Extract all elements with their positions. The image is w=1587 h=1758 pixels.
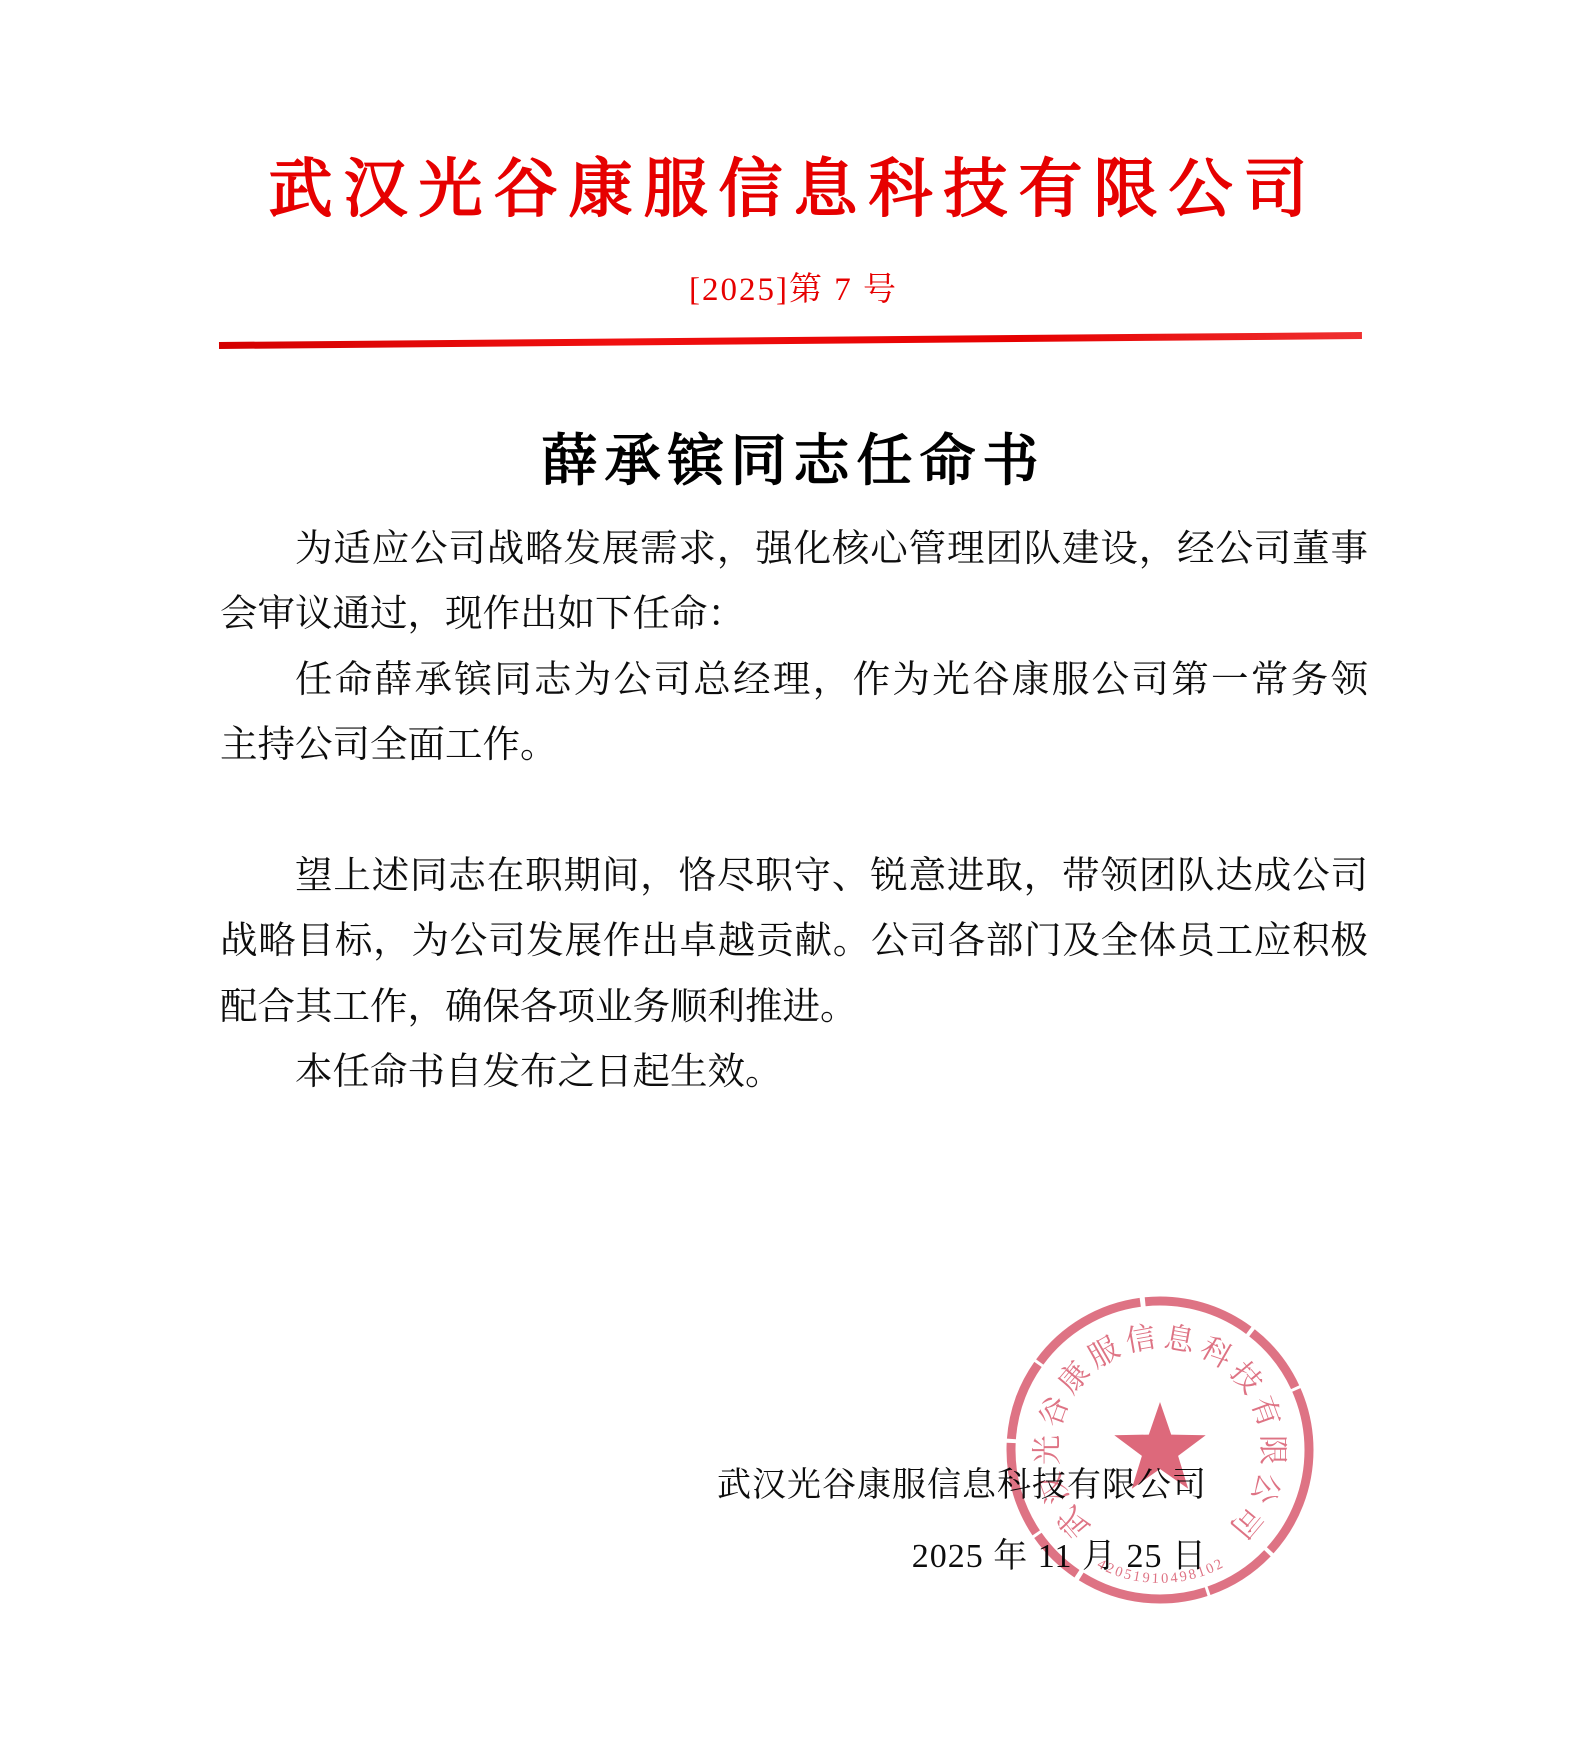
seal-ring-char: 限 [1256,1435,1289,1465]
body-paragraph: 望上述同志在职期间，恪尽职守、锐意进取，带领团队达成公司战略目标，为公司发展作出… [220,844,1368,1040]
body-line: 战略目标，为公司发展作出卓越贡献。公司各部门及全体员工应积极 [220,909,1368,974]
seal-ring-char: 武 [1052,1500,1097,1544]
seal-ring-char: 息 [1162,1321,1198,1359]
body-line: 配合其工作，确保各项业务顺利推进。 [220,975,1368,1040]
seal-ring-char: 信 [1123,1321,1158,1359]
seal-serial-digit: 1 [1132,1568,1142,1585]
seal-ring-char: 司 [1224,1500,1269,1544]
body-paragraph: 为适应公司战略发展需求，强化核心管理团队建设，经公司董事会审议通过，现作出如下任… [220,517,1368,648]
seal-ring-char: 科 [1195,1331,1237,1375]
seal-serial-digit: 4 [1170,1570,1180,1587]
seal-ring-char: 康 [1052,1356,1097,1400]
doc-number: [2025]第 7 号 [0,268,1587,312]
seal-serial-digit: 0 [1161,1571,1169,1587]
letterhead-divider [219,332,1362,349]
body-line: 为适应公司战略发展需求，强化核心管理团队建设，经公司董事 [220,517,1368,582]
seal-serial-digit: 1 [1151,1571,1159,1587]
company-letterhead: 武汉光谷康服信息科技有限公司 [0,148,1587,232]
body-line: 会审议通过，现作出如下任命： [220,582,1368,647]
seal-ring-char: 服 [1083,1331,1125,1375]
document-body: 为适应公司战略发展需求，强化核心管理团队建设，经公司董事会审议通过，现作出如下任… [220,517,1368,1106]
body-line: 望上述同志在职期间，恪尽职守、锐意进取，带领团队达成公司 [220,844,1368,909]
seal-ring-char: 公 [1245,1469,1286,1508]
body-paragraph: 任命薛承镔同志为公司总经理，作为光谷康服公司第一常务领导，主持公司全面工作。 [220,648,1368,779]
seal-star [1114,1402,1205,1489]
appointment-letter-page: 武汉光谷康服信息科技有限公司 [2025]第 7 号 薛承镔同志任命书 为适应公… [0,0,1587,1758]
document-title: 薛承镔同志任命书 [0,428,1587,494]
seal-ring-char: 光 [1032,1435,1065,1465]
body-line: 本任命书自发布之日起生效。 [220,1040,1368,1105]
body-paragraph: 本任命书自发布之日起生效。 [220,1040,1368,1105]
body-line: 主持公司全面工作。 [220,713,1368,778]
seal-serial-digit: 9 [1142,1570,1151,1587]
seal-ring-char: 技 [1224,1356,1269,1400]
seal-ring-char: 汉 [1034,1469,1075,1508]
seal-ring-char: 有 [1245,1392,1286,1431]
company-seal-stamp: 武汉光谷康服信息科技有限公司42051910498102 [1000,1290,1320,1610]
seal-ring-char: 谷 [1034,1392,1075,1431]
body-line: 任命薛承镔同志为公司总经理，作为光谷康服公司第一常务领导， [220,648,1368,713]
